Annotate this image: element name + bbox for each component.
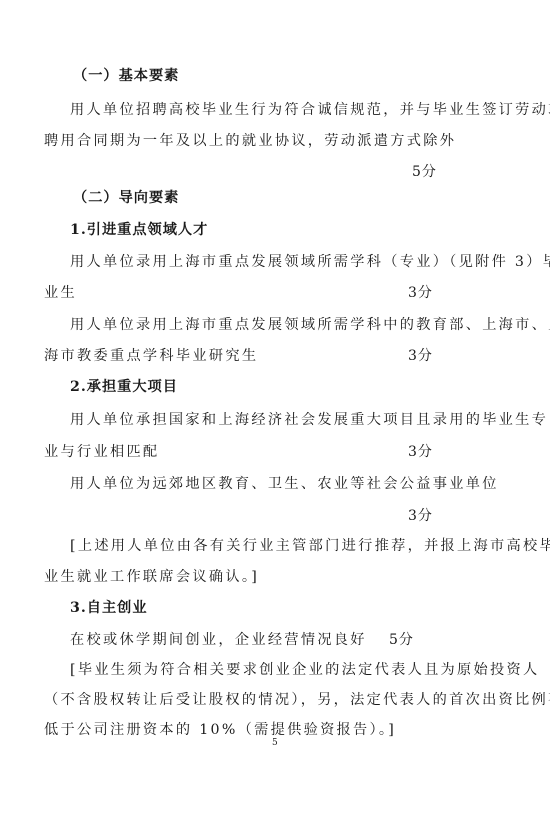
subsection-heading-3: 3.自主创业 — [70, 598, 148, 618]
note-line: 低于公司注册资本的 10%（需提供验资报告）。] — [44, 720, 396, 740]
score-value: 3分 — [408, 442, 433, 462]
paragraph-line: 用人单位招聘高校毕业生行为符合诚信规范，并与毕业生签订劳动或 — [70, 100, 550, 120]
note-line: [上述用人单位由各有关行业主管部门进行推荐，并报上海市高校毕 — [70, 536, 550, 556]
paragraph-line: 用人单位为远郊地区教育、卫生、农业等社会公益事业单位 — [70, 474, 499, 494]
section-heading-guide: （二）导向要素 — [73, 188, 179, 208]
paragraph-line: 用人单位录用上海市重点发展领域所需学科（专业）（见附件 3）毕 — [70, 252, 550, 272]
score-value: 3分 — [408, 283, 433, 303]
note-line: （不含股权转让后受让股权的情况），另，法定代表人的首次出资比例不 — [44, 690, 550, 710]
paragraph-line: 聘用合同期为一年及以上的就业协议，劳动派遣方式除外 — [44, 131, 456, 151]
score-value: 3分 — [408, 346, 433, 366]
score-value: 5分 — [389, 630, 414, 650]
note-line: 业生就业工作联席会议确认。] — [44, 567, 259, 587]
note-line: [毕业生须为符合相关要求创业企业的法定代表人且为原始投资人 — [70, 660, 540, 680]
subsection-heading-1: 1.引进重点领域人才 — [70, 220, 208, 240]
paragraph-line: 海市教委重点学科毕业研究生 — [44, 346, 258, 366]
subsection-heading-2: 2.承担重大项目 — [70, 377, 178, 397]
section-heading-basic: （一）基本要素 — [73, 66, 179, 86]
page-number: 5 — [272, 738, 278, 748]
paragraph-line: 用人单位录用上海市重点发展领域所需学科中的教育部、上海市、上 — [70, 315, 550, 335]
paragraph-line: 用人单位承担国家和上海经济社会发展重大项目且录用的毕业生专 — [70, 410, 548, 430]
paragraph-line: 在校或休学期间创业，企业经营情况良好 — [70, 630, 367, 650]
score-value: 5分 — [412, 162, 437, 182]
score-value: 3分 — [408, 506, 433, 526]
paragraph-line: 业生 — [44, 283, 77, 303]
paragraph-line: 业与行业相匹配 — [44, 442, 159, 462]
